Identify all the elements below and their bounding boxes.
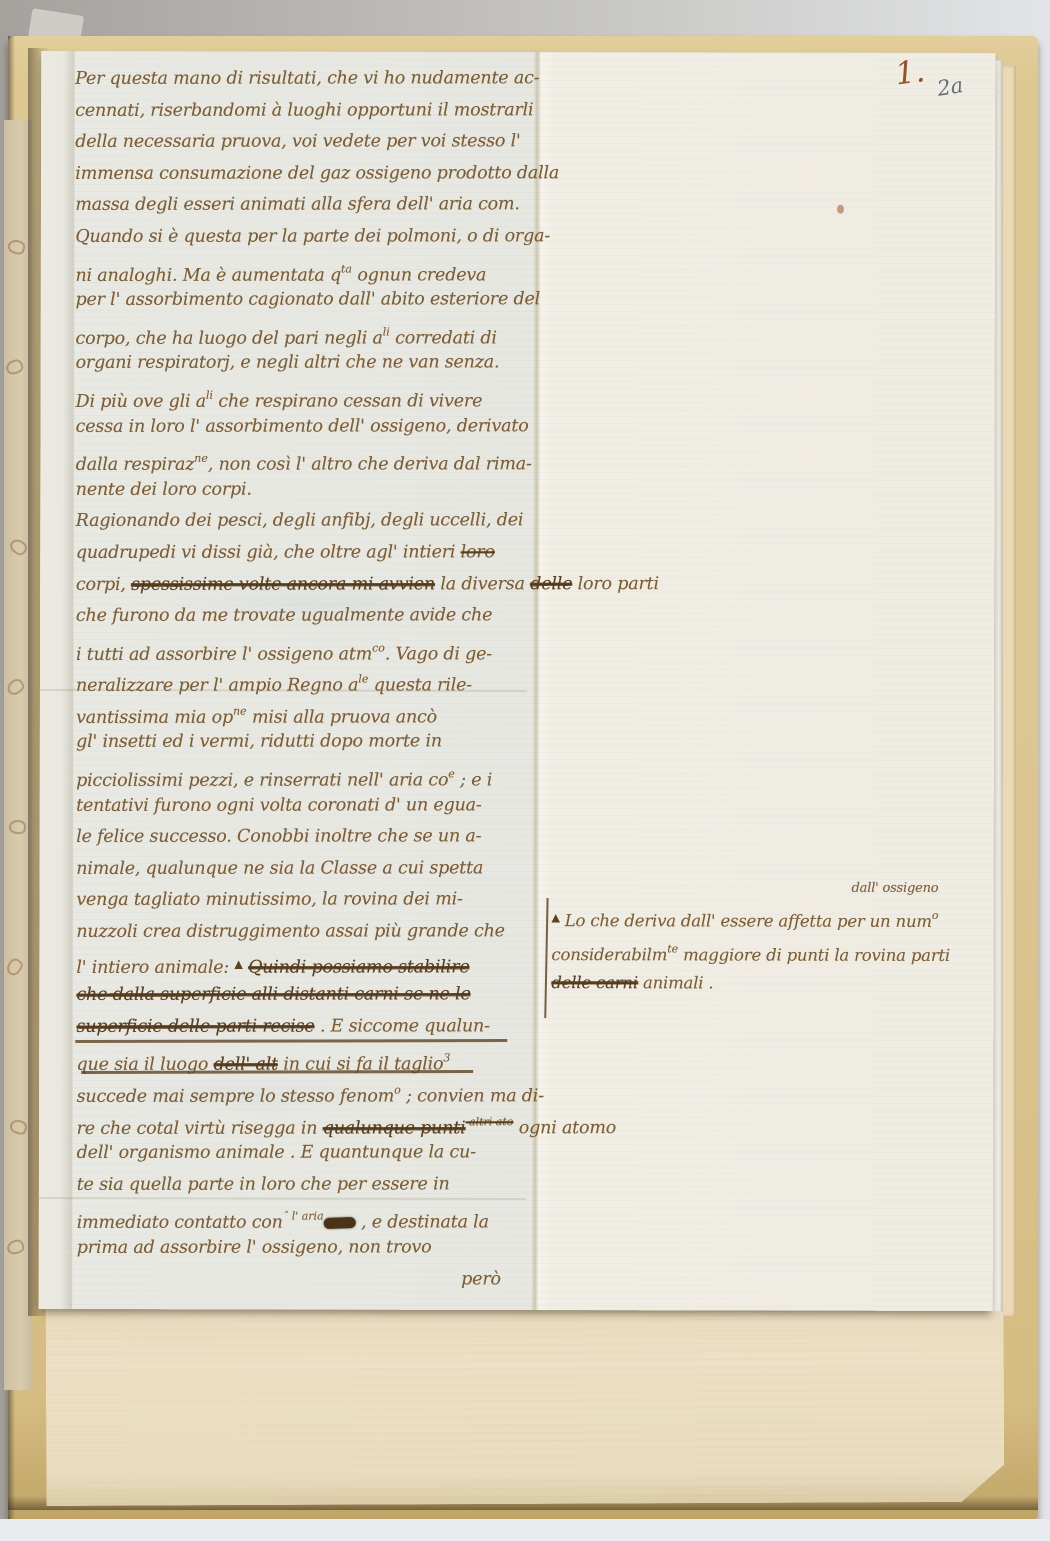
text-segment: che furono da me trovate ugualmente avid…: [76, 605, 492, 626]
written-leaf: 1. 2a Per questa mano di risultati, che …: [39, 51, 996, 1311]
manuscript-line: succede mai sempre lo stesso fenomo ; co…: [77, 1074, 547, 1106]
scanner-background: [0, 1519, 1050, 1541]
blank-under-leaf: [46, 1294, 1005, 1506]
page-number-ink: 1.: [893, 53, 927, 92]
margin-note-text: ▲ Lo che deriva dall' essere affetta per…: [551, 898, 1003, 1001]
manuscript-line: re che cotal virtù risegga in qualunque …: [77, 1106, 547, 1138]
manuscript-line: Per questa mano di risultati, che vi ho …: [75, 63, 545, 95]
manuscript-line: organi respiratorj, e negli altri che ne…: [76, 348, 546, 380]
text-segment: Quindi possiamo stabilire: [248, 957, 469, 977]
manuscript-line: vantissima mia opne misi alla pruova anc…: [76, 695, 546, 727]
text-segment: nimale, qualunque ne sia la Classe a cui…: [76, 858, 483, 879]
manuscript-line: neralizzare per l' ampio Regno ale quest…: [76, 664, 546, 696]
manuscript-line: dalla respirazne, non così l' altro che …: [76, 442, 546, 474]
manuscript-line: cennati, riserbandomi à luoghi opportuni…: [75, 95, 545, 127]
text-segment: ni analoghi. Ma è aumentata q: [75, 265, 341, 285]
text-segment: qualunque punti: [323, 1118, 466, 1138]
ink-trace: [6, 238, 27, 257]
manuscript-line: corpo, che ha luogo del pari negli ali c…: [75, 316, 545, 348]
text-segment: . E siccome qualun-: [315, 1016, 490, 1036]
text-segment: prima ad assorbire l' ossigeno, non trov…: [77, 1237, 432, 1257]
ink-trace: [4, 956, 26, 978]
text-segment: animali .: [638, 973, 714, 992]
text-segment: i tutti ad assorbire l' ossigeno atm: [76, 644, 372, 664]
manuscript-line: nuzzoli crea distruggimento assai più gr…: [76, 916, 546, 948]
text-segment: Quando si è questa per la parte dei polm…: [75, 226, 550, 247]
text-segment: neralizzare per l' ampio Regno a: [76, 676, 358, 696]
scanned-manuscript-page: 1. 2a Per questa mano di risultati, che …: [0, 0, 1050, 1541]
text-segment: cennati, riserbandomi à luoghi opportuni…: [75, 100, 533, 121]
manuscript-line: prima ad assorbire l' ossigeno, non trov…: [77, 1232, 547, 1264]
manuscript-line: quadrupedi vi dissi già, che oltre agl' …: [76, 537, 546, 569]
manuscript-line: venga tagliato minutissimo, la rovina de…: [76, 885, 546, 917]
text-segment: ne: [233, 705, 247, 718]
text-segment: altri ato: [466, 1115, 514, 1128]
text-segment: che respirano cessan di vivere: [213, 391, 482, 411]
text-segment: le felice successo. Conobbi inoltre che …: [76, 827, 481, 848]
manuscript-line: nimale, qualunque ne sia la Classe a cui…: [76, 853, 546, 885]
text-segment: per l' assorbimento cagionato dall' abit…: [75, 289, 540, 310]
manuscript-text: Per questa mano di risultati, che vi ho …: [75, 63, 547, 1296]
manuscript-line: che furono da me trovate ugualmente avid…: [76, 600, 546, 632]
text-segment: delle carni: [551, 973, 638, 992]
page-edge: [1003, 66, 1016, 1316]
ink-trace: [5, 677, 27, 698]
text-segment: Ragionando dei pesci, degli anfibj, degl…: [76, 511, 524, 532]
text-segment: 3: [443, 1052, 450, 1065]
manuscript-line: delle carni animali .: [551, 966, 1003, 1001]
margin-note: dall' ossigeno ▲ Lo che deriva dall' ess…: [551, 878, 1003, 1001]
page-number-pencil: 2a: [936, 73, 965, 101]
text-segment: [243, 957, 248, 977]
text-segment: ; e i: [455, 770, 492, 790]
text-segment: corpi,: [76, 574, 131, 594]
text-segment: te sia quella parte in loro che per esse…: [77, 1174, 450, 1195]
manuscript-line: per l' assorbimento cagionato dall' abit…: [75, 284, 545, 316]
manuscript-line: gl' insetti ed i vermi, ridutti dopo mor…: [76, 727, 546, 759]
text-segment: dalla respiraz: [76, 455, 195, 475]
text-segment: l' intiero animale:: [76, 957, 234, 977]
text-segment: però: [461, 1269, 501, 1289]
ink-trace: [4, 358, 24, 376]
ink-stain: [837, 205, 844, 214]
manuscript-line: massa degli esseri animati alla sfera de…: [75, 190, 545, 222]
text-segment: vantissima mia op: [76, 708, 233, 728]
manuscript-line: picciolissimi pezzi, e rinserrati nell' …: [76, 758, 546, 790]
text-segment: o: [932, 909, 939, 922]
text-segment: ˆ l' aria: [283, 1210, 324, 1223]
scanner-background: [1036, 0, 1050, 1541]
manuscript-line: le felice successo. Conobbi inoltre che …: [76, 821, 546, 853]
text-segment: corredati di: [390, 328, 497, 348]
manuscript-line: te sia quella parte in loro che per esse…: [77, 1169, 547, 1201]
left-fold-margin: [39, 51, 76, 1309]
text-segment: re che cotal virtù risegga in: [77, 1118, 323, 1138]
text-segment: succede mai sempre lo stesso fenom: [77, 1086, 395, 1106]
text-segment: organi respiratorj, e negli altri che ne…: [76, 353, 500, 374]
text-segment: ; convien ma di-: [401, 1086, 544, 1106]
text-segment: ta: [341, 262, 352, 275]
manuscript-line: Di più ove gli ali che respirano cessan …: [76, 379, 546, 411]
manuscript-line: immensa consumazione del gaz ossigeno pr…: [75, 158, 545, 190]
text-segment: , non così l' altro che deriva dal rima-: [208, 454, 532, 474]
text-segment: picciolissimi pezzi, e rinserrati nell' …: [76, 770, 448, 791]
manuscript-line: considerabilmte maggiore di punti la rov…: [551, 932, 1003, 967]
text-segment: dell' organismo animale . E quantunque l…: [77, 1143, 476, 1164]
manuscript-line: ▲ Lo che deriva dall' essere affetta per…: [551, 898, 1003, 933]
text-segment: , e destinata la: [356, 1213, 489, 1233]
text-segment: superficie delle parti recise: [76, 1016, 314, 1036]
text-segment: immediato contatto con: [77, 1213, 283, 1233]
text-segment: ognun credeva: [352, 265, 486, 285]
text-segment: Lo che deriva dall' essere affetta per u…: [560, 911, 932, 931]
manuscript-line: l' intiero animale: ▲ Quindi possiamo st…: [76, 948, 546, 980]
text-segment: cessa in loro l' assorbimento dell' ossi…: [76, 416, 529, 437]
text-segment: quadrupedi vi dissi già, che oltre agl' …: [76, 542, 461, 563]
text-segment: loro: [461, 542, 495, 562]
text-segment: gl' insetti ed i vermi, ridutti dopo mor…: [76, 732, 442, 753]
manuscript-line: dell' organismo animale . E quantunque l…: [77, 1137, 547, 1169]
manuscript-line: tentativi furono ogni volta coronati d' …: [76, 790, 546, 822]
margin-note-insertion: dall' ossigeno: [852, 879, 1004, 899]
text-segment: venga tagliato minutissimo, la rovina de…: [76, 890, 462, 911]
text-segment: nuzzoli crea distruggimento assai più gr…: [76, 921, 504, 942]
manuscript-line: immediato contatto conˆ l' aria , e dest…: [77, 1201, 547, 1233]
text-segment: nente dei loro corpi.: [76, 479, 252, 499]
text-segment: che dalla superficie alli distanti carni…: [76, 985, 470, 1006]
text-segment: corpo, che ha luogo del pari negli a: [76, 328, 383, 348]
manuscript-line: cessa in loro l' assorbimento dell' ossi…: [76, 411, 546, 443]
text-segment: maggiore di punti la rovina parti: [678, 945, 950, 965]
text-segment: tentativi furono ogni volta coronati d' …: [76, 795, 481, 816]
text-segment: co: [372, 641, 385, 654]
ink-trace: [8, 819, 27, 836]
text-segment: ogni atomo: [513, 1118, 616, 1138]
text-segment: le: [358, 673, 368, 686]
manuscript-line: corpi, spessissime volte ancora mi avvie…: [76, 569, 546, 601]
text-segment: delle: [530, 574, 572, 594]
ink-blot: [323, 1217, 355, 1229]
ink-trace: [8, 1117, 29, 1137]
manuscript-line: i tutti ad assorbire l' ossigeno atmco. …: [76, 632, 546, 664]
text-segment: della necessaria pruova, voi vedete per …: [75, 131, 520, 152]
text-segment: te: [667, 942, 678, 955]
text-segment: misi alla pruova ancò: [247, 707, 437, 727]
manuscript-line: Ragionando dei pesci, degli anfibj, degl…: [76, 506, 546, 538]
text-segment: . Vago di ge-: [385, 644, 492, 664]
manuscript-line: della necessaria pruova, voi vedete per …: [75, 126, 545, 158]
text-segment: questa rile-: [368, 676, 472, 696]
text-segment: massa degli esseri animati alla sfera de…: [75, 195, 519, 216]
text-segment: considerabilm: [551, 945, 667, 964]
manuscript-line: nente dei loro corpi.: [76, 474, 546, 506]
text-segment: Di più ove gli a: [76, 392, 206, 412]
manuscript-line: però: [77, 1264, 547, 1296]
text-segment: loro parti: [572, 574, 659, 594]
manuscript-line: che dalla superficie alli distanti carni…: [76, 979, 546, 1011]
manuscript-line: ni analoghi. Ma è aumentata qta ognun cr…: [75, 253, 545, 285]
text-segment: ne: [194, 452, 208, 465]
manuscript-line: Quando si è questa per la parte dei polm…: [75, 221, 545, 253]
text-segment: immensa consumazione del gaz ossigeno pr…: [75, 163, 559, 184]
ink-trace: [7, 536, 29, 558]
ink-trace: [6, 1239, 25, 1256]
text-segment: spessissime volte ancora mi avvien: [131, 574, 435, 594]
text-segment: Per questa mano di risultati, che vi ho …: [75, 68, 539, 89]
text-segment: la diversa: [435, 574, 530, 594]
